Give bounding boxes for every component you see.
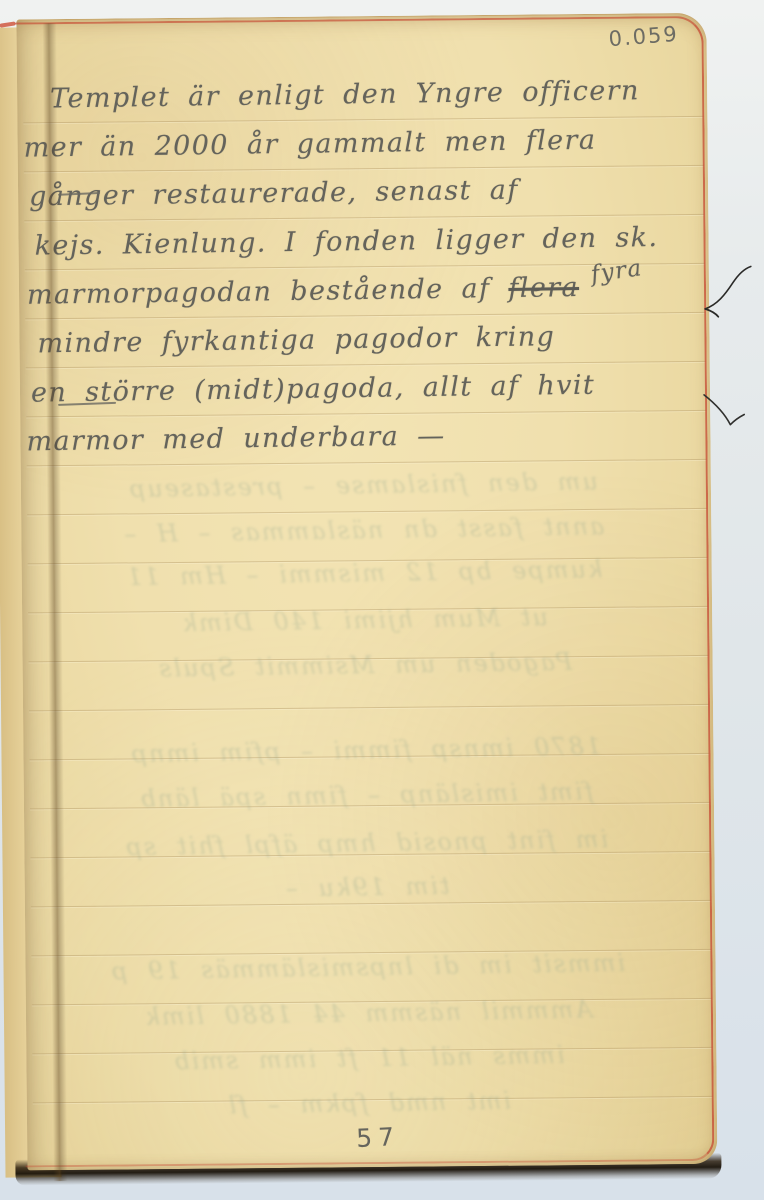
scan-tilt-wrapper: um den fnislamse – prestaseup annt fasst… (0, 0, 764, 1200)
notebook-scan: um den fnislamse – prestaseup annt fasst… (0, 0, 764, 1200)
manuscript-line: gånger restaurerade, senast af (29, 175, 519, 213)
manuscript-text: Templet är enligt den Yngre officern mer… (16, 14, 717, 1171)
manuscript-line: kejs. Kienlung. I fonden ligger den sk. (34, 222, 658, 262)
page-number: 57 (343, 1122, 414, 1154)
line-text: mindre fyrkantiga pagodor kring (37, 321, 555, 359)
line-text: marmorpagodan bestående af (27, 273, 509, 311)
manuscript-line: mindre fyrkantiga pagodor kring (37, 321, 555, 359)
manuscript-line: mer än 2000 år gammalt men flera (23, 125, 596, 164)
line-text: Templet är enligt den Yngre officern (50, 75, 640, 114)
hair-artifact-icon (703, 264, 756, 320)
line-text: marmor med underbara — (26, 420, 446, 457)
manuscript-line: Templet är enligt den Yngre officern (50, 75, 640, 114)
line-text: gånger restaurerade, senast af (29, 175, 519, 213)
line-text: kejs. Kienlung. I fonden ligger den sk. (34, 222, 658, 262)
manuscript-line: marmorpagodan bestående af flera fyra (27, 271, 643, 311)
manuscript-line: marmor med underbara — (26, 420, 446, 457)
inserted-word: fyra (589, 255, 644, 288)
line-text: mer än 2000 år gammalt men flera (23, 125, 596, 164)
hair-artifact-icon (700, 384, 746, 428)
notebook-page: um den fnislamse – prestaseup annt fasst… (16, 13, 717, 1171)
struck-word: flera (508, 272, 579, 304)
